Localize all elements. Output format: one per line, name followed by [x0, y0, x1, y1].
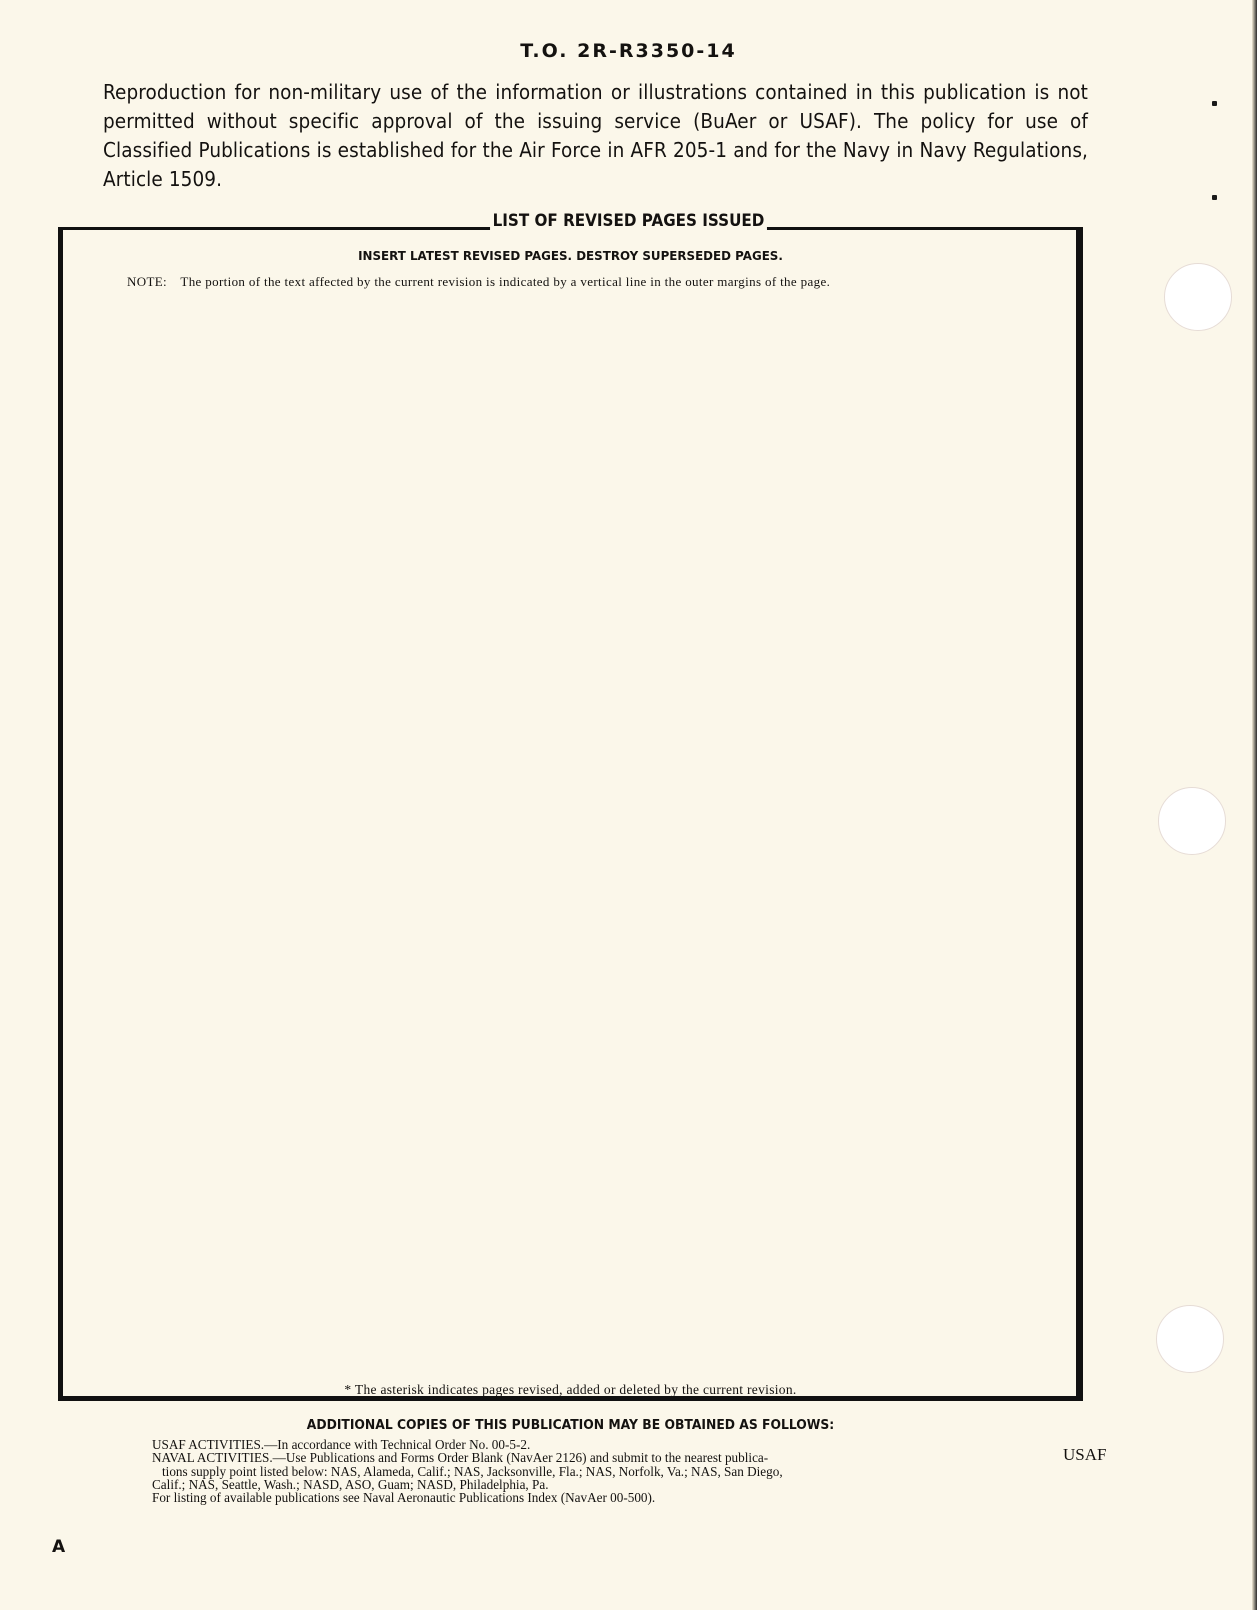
service-tag: USAF	[1063, 1445, 1106, 1465]
ink-speck	[1212, 101, 1217, 106]
naval-activities-line-3: Calif.; NAS, Seattle, Wash.; NASD, ASO, …	[152, 1478, 1012, 1491]
distribution-instructions: USAF ACTIVITIES.—In accordance with Tech…	[152, 1438, 1012, 1504]
revised-pages-instruction: INSERT LATEST REVISED PAGES. DESTROY SUP…	[84, 248, 1058, 263]
reproduction-notice: Reproduction for non-military use of the…	[103, 78, 1088, 194]
punch-hole-top	[1164, 263, 1232, 331]
punch-hole-bottom	[1156, 1305, 1224, 1373]
naval-activities-line-2: tions supply point listed below: NAS, Al…	[152, 1465, 1012, 1478]
naval-activities-line: NAVAL ACTIVITIES.—Use Publications and F…	[152, 1451, 1012, 1464]
revised-pages-title-text: LIST OF REVISED PAGES ISSUED	[490, 211, 767, 230]
note-label: NOTE:	[127, 274, 167, 289]
ink-speck	[1212, 195, 1217, 200]
page-edge	[1252, 0, 1257, 1610]
document-number: T.O. 2R-R3350-14	[0, 40, 1257, 62]
additional-copies-heading: ADDITIONAL COPIES OF THIS PUBLICATION MA…	[84, 1418, 1058, 1433]
notice-paragraph: Reproduction for non-military use of the…	[103, 78, 1088, 194]
usaf-activities-line: USAF ACTIVITIES.—In accordance with Tech…	[152, 1438, 1012, 1451]
page-letter: A	[52, 1537, 65, 1557]
revision-note: NOTE: The portion of the text affected b…	[127, 274, 1047, 290]
revised-pages-box	[58, 227, 1083, 1401]
publications-index-line: For listing of available publications se…	[152, 1491, 1012, 1504]
asterisk-note: * The asterisk indicates pages revised, …	[58, 1382, 1083, 1398]
revised-pages-title: LIST OF REVISED PAGES ISSUED	[50, 211, 1206, 230]
note-text: The portion of the text affected by the …	[180, 274, 830, 289]
punch-hole-middle	[1158, 787, 1226, 855]
